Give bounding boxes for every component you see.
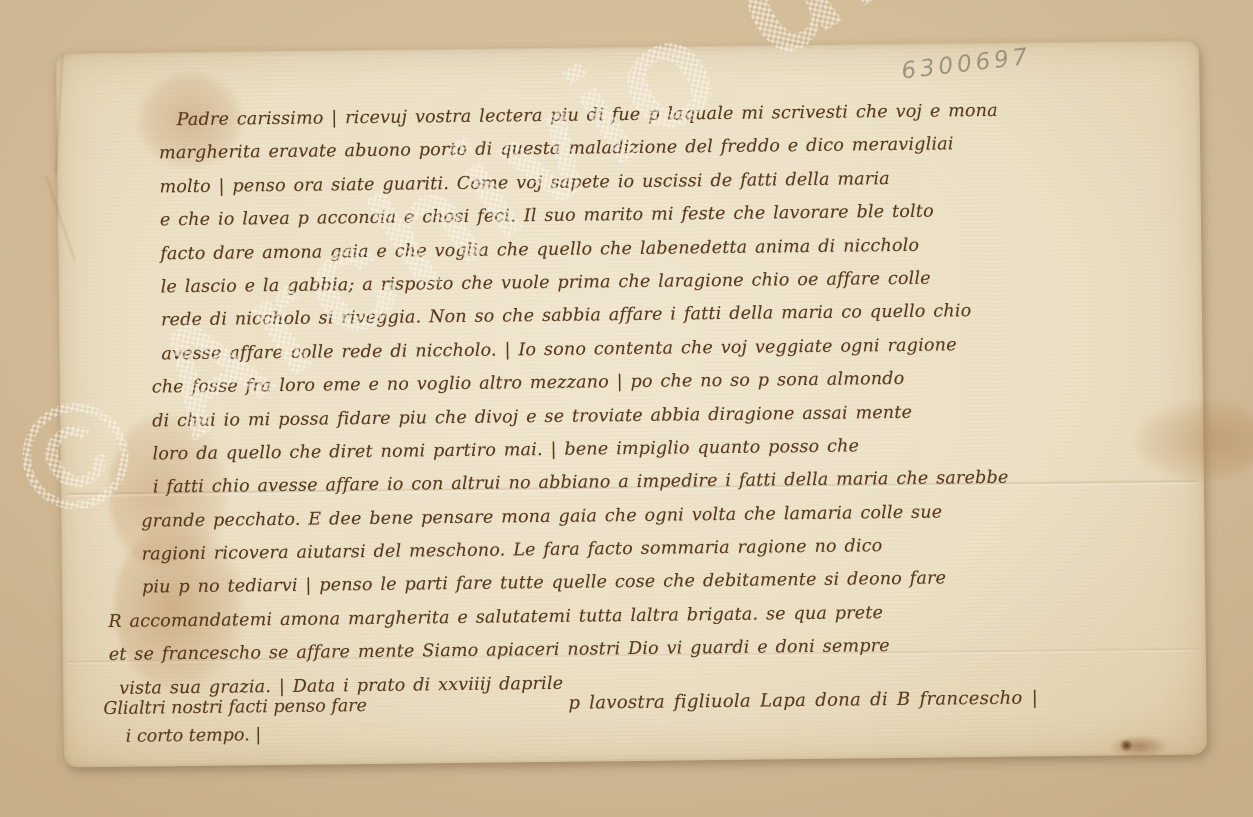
postscript-line: i corto tempo. | [126, 720, 368, 751]
letter-body-text: Padre carissimo | ricevuj vostra lectera… [101, 93, 1170, 706]
fold-crease-vertical [53, 53, 65, 173]
postscript-note: Glialtri nostri facti penso fare i corto… [103, 692, 367, 751]
manuscript-paper: 6300697 Padre carissimo | ricevuj vostra… [56, 41, 1207, 768]
stain-bottom-smear [1109, 735, 1169, 758]
ink-spot-bottom-right [1120, 739, 1133, 751]
pencil-archive-number: 6300697 [900, 44, 1033, 85]
photo-backdrop: 6300697 Padre carissimo | ricevuj vostra… [0, 0, 1253, 817]
postscript-line: Glialtri nostri facti penso fare [103, 692, 367, 723]
signature-line: p lavostra figliuola Lapa dona di B fran… [568, 687, 1038, 713]
fold-crease-diagonal [44, 175, 78, 262]
